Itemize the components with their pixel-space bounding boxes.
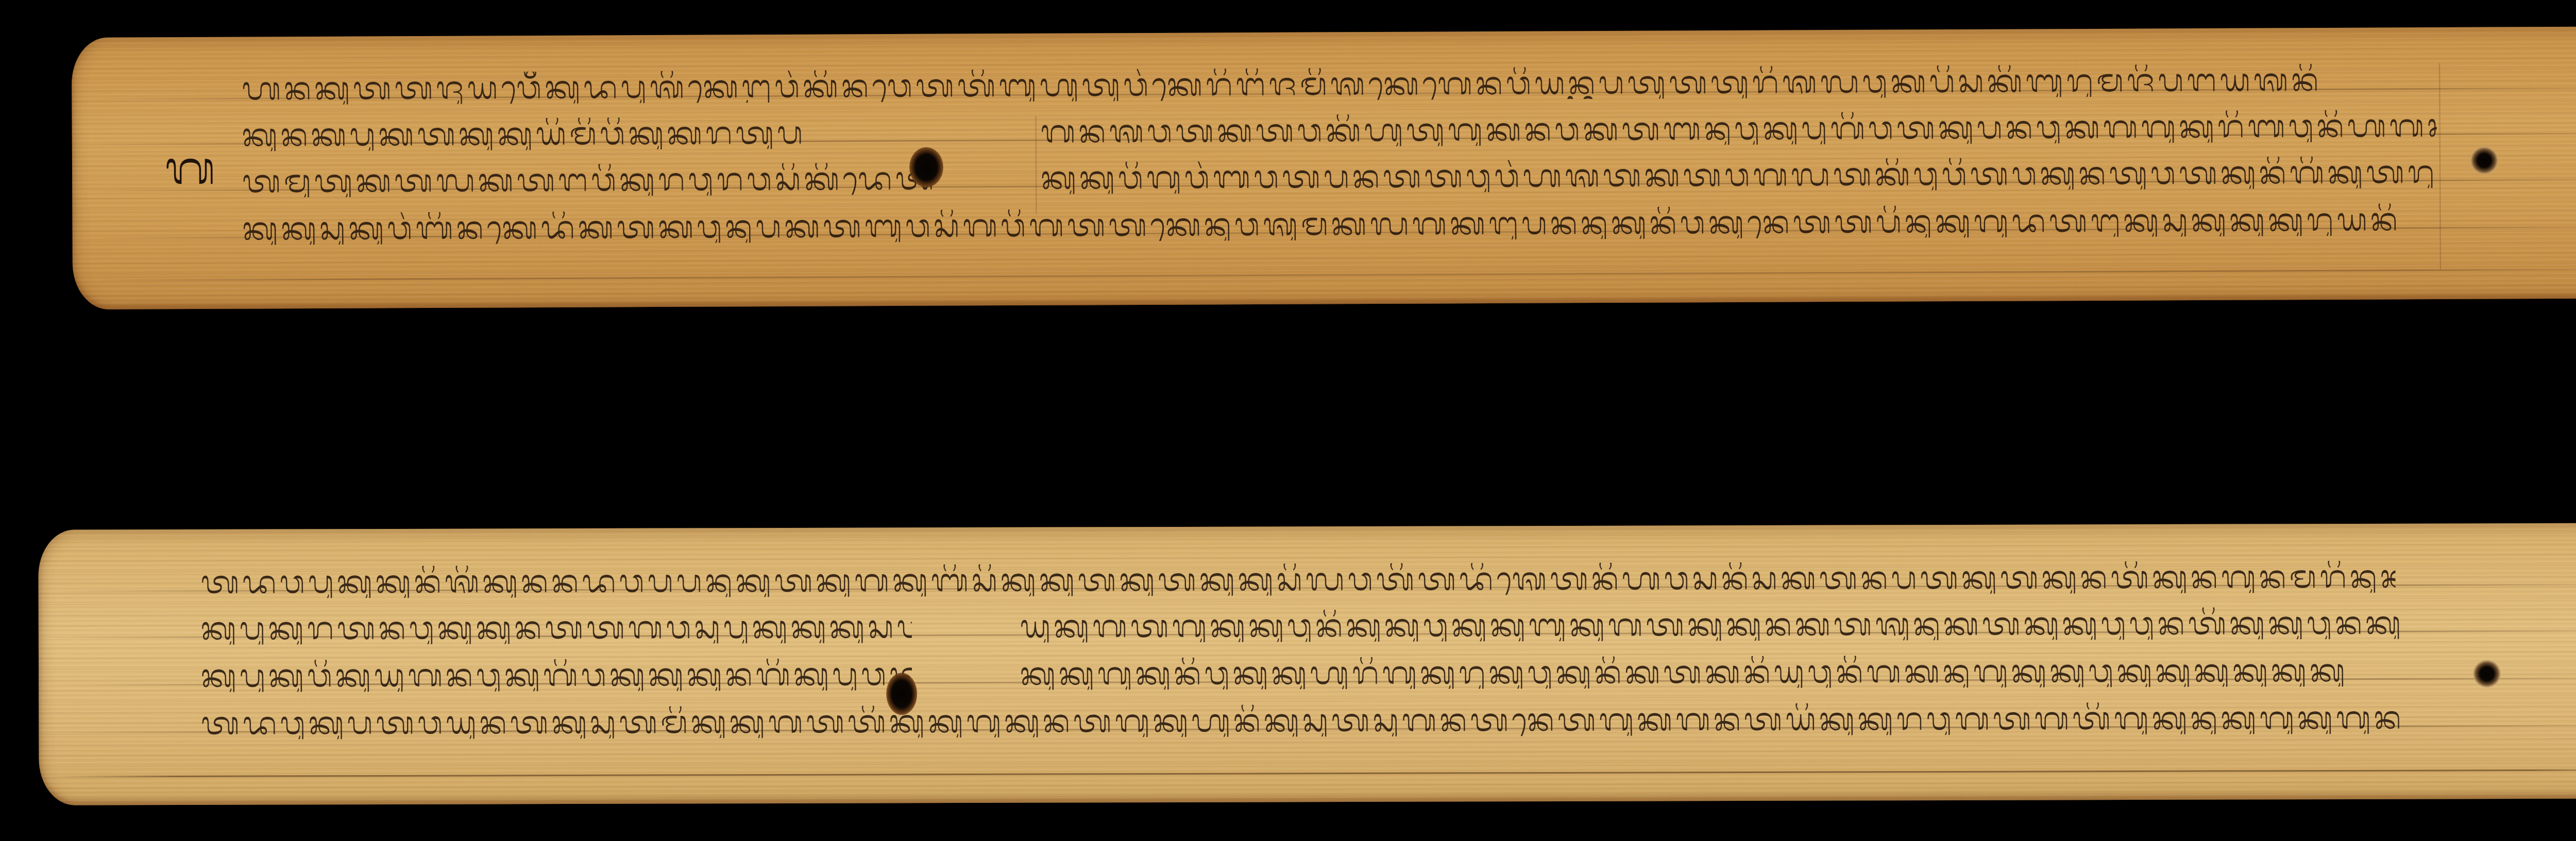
manuscript-line-2-right: ᬕᬦᬰᬯᬢᬓᬢᬯᬓᬶᬳᬸᬢᬸᬕᬸᬓᬦᬯᬓᬢᬩᬦᬸᬯᬸᬓᬸᬧᬸᬕᬶᬯᬢᬓᬸᬧᬦᬯᬸ… (1041, 110, 2437, 148)
palm-leaf-manuscript-2: ᬢᬤᬯᬧᬸᬓᬸᬓᬸᬦᬶᬰᬶᬓᬸᬦᬦᬤᬯᬧᬧᬦᬸᬓᬸᬢᬓᬸᬕᬓᬸᬩᬶᬲᬶᬓᬸᬓᬸᬢ… (38, 523, 2576, 805)
column-rule (1036, 116, 1037, 214)
manuscript-line-3-left: ᬓᬸᬧᬸᬓᬸᬯᬶᬓᬸᬬᬸᬕᬦᬯᬸᬓᬸᬕᬶᬯᬓᬸᬓᬸᬓᬸᬦᬕᬶᬓᬸᬧᬸᬯᬢᬕᬸᬓᬸ… (201, 658, 912, 692)
ruled-line (83, 268, 2576, 281)
palm-leaf-manuscript-1: ᬕ ᬳᬦᬓᬸᬢᬢᬚᬸᬬᬯᬾᬁᬓᬸᬤᬧᬸᬰᬶᬓᬾᬗ᭄ᬭᬯᬂᬓᬶᬦᬯᬾᬢᬢᬶᬩᬸᬳᬸ… (72, 26, 2576, 310)
binding-hole-right (2473, 660, 2501, 688)
manuscript-line-4: ᬢᬤᬯᬸᬓᬸᬧᬢᬯᬬᬸᬦᬢᬓᬸᬲᬸᬢᬫᬶᬓᬸᬓᬸᬕᬢᬢᬶᬓᬸᬓᬸᬕᬸᬓᬸᬦᬢᬕᬸ… (201, 702, 2401, 740)
manuscript-line-3-right: ᬓᬸᬓᬸᬕᬸᬓᬸᬦᬶᬯᬸᬓᬸᬓᬸᬳᬸᬭᬶᬕᬸᬓᬸᬭᬸᬓᬸᬯᬸᬓᬸᬦᬶᬓᬢᬓᬦᬶᬬ… (1020, 655, 2401, 690)
column-rule (2439, 63, 2441, 269)
manuscript-line-3-right: ᬓᬸᬓᬸᬯᬶᬕᬸᬯᬂᬩᬯᬢᬧᬦᬢᬢᬯᬸᬯᬂᬳᬰᬢᬓᬢᬯᬕᬮᬢᬓᬶᬯᬸᬯᬶᬢᬯᬓᬸ… (1041, 156, 2437, 194)
manuscript-line-4: ᬓᬸᬓᬸᬲᬸᬓᬸᬯᬂᬩᬶᬦᬓᬾᬤᬶᬓᬢᬓᬯᬸᬦᬸᬧᬓᬢᬩᬸᬯᬲᬶᬕᬯᬶᬕᬢᬢᬓᬾ… (242, 203, 2437, 245)
binding-hole-right (2470, 146, 2498, 174)
binding-hole-left (886, 673, 917, 715)
manuscript-line-1: ᬢᬤᬯᬧᬸᬓᬸᬓᬸᬦᬶᬰᬶᬓᬸᬦᬦᬤᬯᬧᬧᬦᬸᬓᬸᬢᬓᬸᬕᬓᬸᬩᬶᬲᬶᬓᬸᬓᬸᬢ… (200, 561, 2395, 598)
manuscript-line-1: ᬳᬦᬓᬸᬢᬢᬚᬸᬬᬯᬾᬁᬓᬸᬤᬧᬸᬰᬶᬓᬾᬗ᭄ᬭᬯᬂᬓᬶᬦᬯᬾᬢᬢᬶᬩᬸᬳᬸᬢᬸ… (242, 63, 2436, 105)
ruled-line (49, 769, 2576, 777)
manuscript-line-2-right: ᬬᬸᬓᬸᬕᬢᬕᬸᬓᬸᬓᬸᬯᬸᬦᬶᬓᬸᬓᬸᬯᬸᬓᬸᬓᬸᬩᬸᬓᬸᬕᬢᬓᬸᬓᬸᬦᬓᬢᬰ… (1020, 607, 2401, 643)
binding-hole-left (909, 147, 943, 187)
manuscript-line-2-left: ᬓᬸᬦᬓᬧᬸᬓᬢᬓᬸᬓᬸᬬᬶᬫᬶᬯᬶᬓᬸᬓᬭᬢᬸᬧ (242, 116, 943, 151)
leaf-number-glyph: ᬕ (165, 135, 216, 218)
manuscript-line-3-left: ᬢᬫᬸᬢᬸᬓᬢᬮᬓᬢᬗᬯᬶᬓᬸᬭᬯᬸᬭᬯᬲᬶᬓᬶᬤᬾᬢᬯᬂᬬᬸ (242, 163, 933, 198)
manuscript-line-2-left: ᬓᬸᬧᬸᬓᬸᬭᬢᬦᬯᬸᬓᬸᬓᬸᬦᬢᬢᬕᬯᬲᬸᬧᬸᬓᬸᬓᬸᬓᬸᬲᬯᬢ (201, 611, 912, 645)
